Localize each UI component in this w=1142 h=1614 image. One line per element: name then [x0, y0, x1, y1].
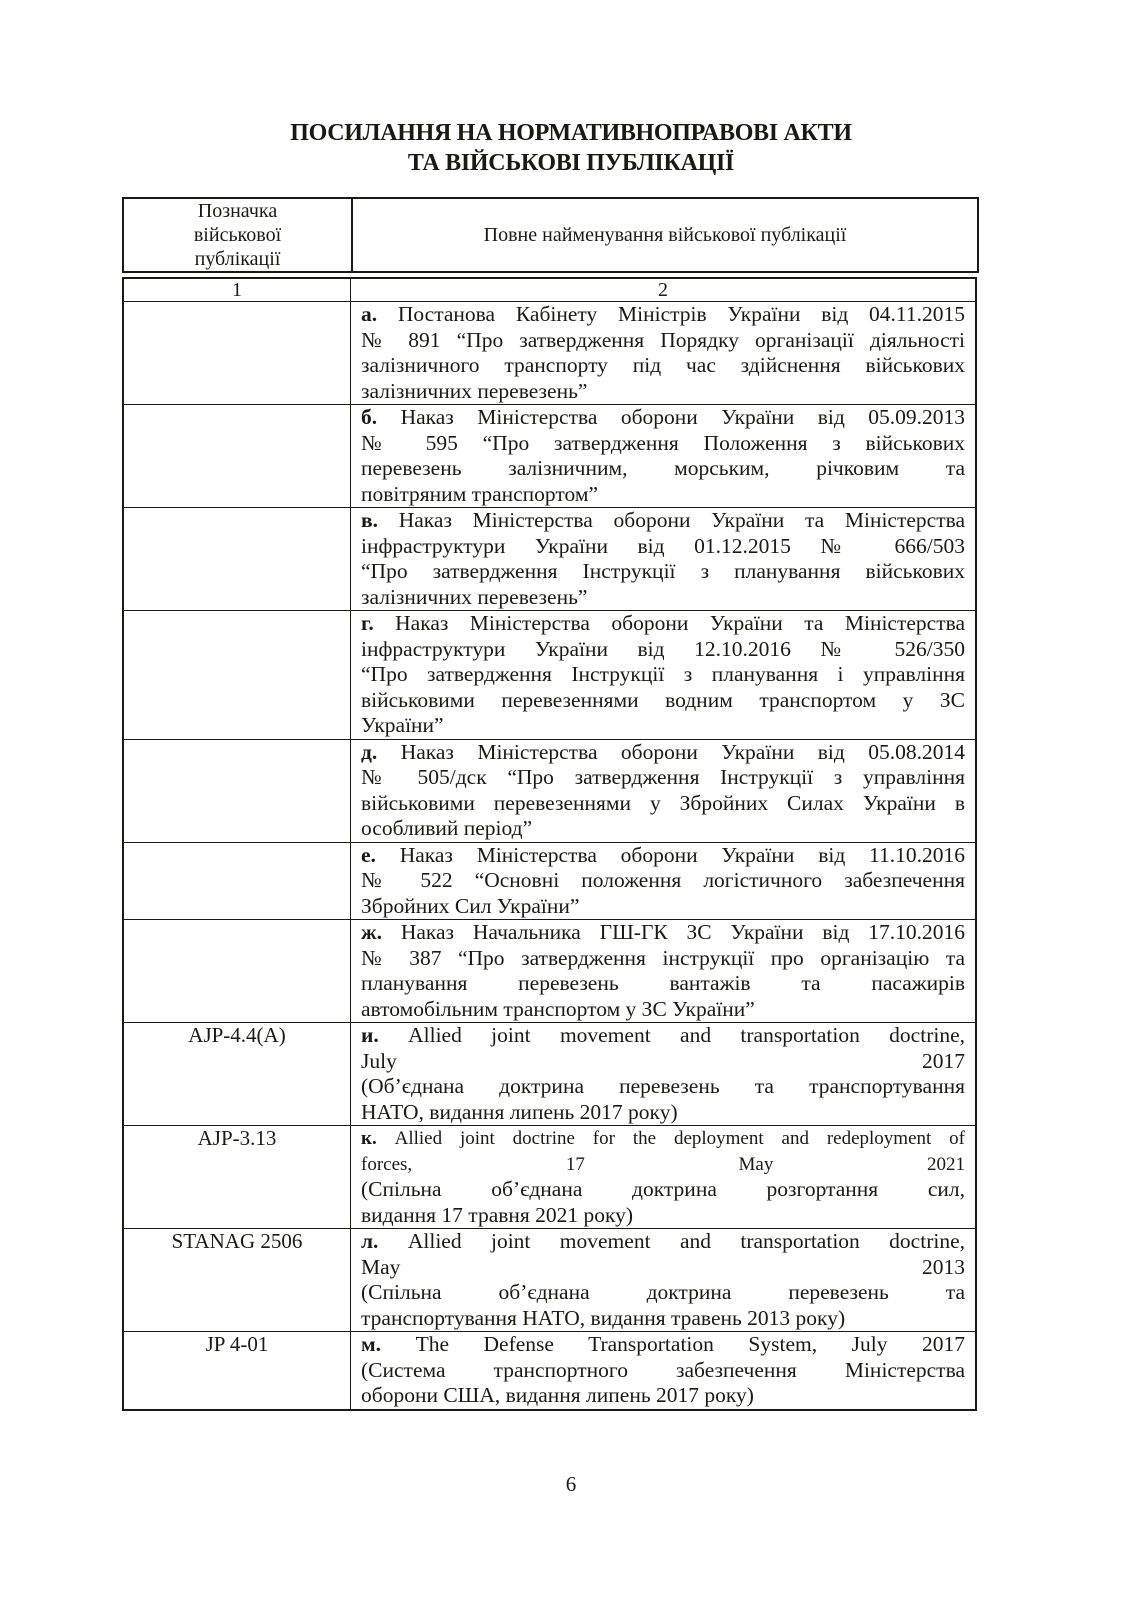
- item-letter: к.: [361, 1128, 377, 1149]
- column-number-row: 1 2: [123, 278, 976, 302]
- publication-full-name: д. Наказ Міністерства оборони України ві…: [351, 739, 977, 842]
- text-line: (Система транспортного забезпечення Міні…: [361, 1358, 965, 1384]
- table-row: STANAG 2506л. Allied joint movement and …: [123, 1229, 976, 1332]
- table-row: а. Постанова Кабінету Міністрів України …: [123, 302, 976, 405]
- text-line: залізничних перевезень”: [361, 585, 965, 611]
- publication-full-name: м. The Defense Transportation System, Ju…: [351, 1332, 977, 1410]
- title-line-2: ТА ВІЙСЬКОВІ ПУБЛІКАЦІЇ: [0, 148, 1142, 178]
- text-line: в. Наказ Міністерства оборони України та…: [361, 508, 965, 534]
- publication-designation: [123, 920, 351, 1023]
- header-full-name: Повне найменування військової публікації: [353, 199, 977, 271]
- publication-designation: [123, 302, 351, 405]
- text-line: військовими перевезеннями водним транспо…: [361, 688, 965, 714]
- publication-designation: [123, 611, 351, 740]
- publication-designation: [123, 508, 351, 611]
- item-letter: д.: [361, 740, 377, 764]
- table-header: Позначка військової публікації Повне най…: [122, 197, 979, 273]
- text-line: л. Allied joint movement and transportat…: [361, 1229, 965, 1255]
- text-line: видання 17 травня 2021 року): [361, 1203, 965, 1229]
- item-letter: г.: [361, 611, 374, 635]
- text-line: України”: [361, 713, 965, 739]
- text-line: перевезень залізничним, морським, річков…: [361, 456, 965, 482]
- text-line: № 505/дск “Про затвердження Інструкції з…: [361, 765, 965, 791]
- publication-full-name: е. Наказ Міністерства оборони України ві…: [351, 842, 977, 920]
- text-line: залізничних перевезень”: [361, 379, 965, 405]
- table-row: д. Наказ Міністерства оборони України ві…: [123, 739, 976, 842]
- table-row: г. Наказ Міністерства оборони України та…: [123, 611, 976, 740]
- publication-full-name: г. Наказ Міністерства оборони України та…: [351, 611, 977, 740]
- text-line: д. Наказ Міністерства оборони України ві…: [361, 740, 965, 766]
- text-line: и. Allied joint movement and transportat…: [361, 1023, 965, 1049]
- text-line: (Об’єднана доктрина перевезень та трансп…: [361, 1074, 965, 1100]
- text-line: (Спільна об’єднана доктрина розгортання …: [361, 1177, 965, 1203]
- text-line: № 522 “Основні положення логістичного за…: [361, 868, 965, 894]
- table-row: AJP-3.13к. Allied joint doctrine for the…: [123, 1126, 976, 1229]
- text-line: інфраструктури України від 01.12.2015 № …: [361, 534, 965, 560]
- text-line: військовими перевезеннями у Збройних Сил…: [361, 791, 965, 817]
- page-title: ПОСИЛАННЯ НА НОРМАТИВНОПРАВОВІ АКТИ ТА В…: [0, 118, 1142, 178]
- text-line: транспортування НАТО, видання травень 20…: [361, 1306, 965, 1332]
- publication-designation: AJP-3.13: [123, 1126, 351, 1229]
- item-letter: м.: [361, 1332, 381, 1356]
- text-line: г. Наказ Міністерства оборони України та…: [361, 611, 965, 637]
- publication-designation: [123, 739, 351, 842]
- table-row: в. Наказ Міністерства оборони України та…: [123, 508, 976, 611]
- publication-designation: [123, 405, 351, 508]
- publication-designation: AJP-4.4(A): [123, 1023, 351, 1126]
- text-line: планування перевезень вантажів та пасажи…: [361, 971, 965, 997]
- text-line: (Спільна об’єднана доктрина перевезень т…: [361, 1280, 965, 1306]
- publication-full-name: в. Наказ Міністерства оборони України та…: [351, 508, 977, 611]
- table-row: ж. Наказ Начальника ГШ-ГК ЗС України від…: [123, 920, 976, 1023]
- item-letter: б.: [361, 405, 377, 429]
- page-number: 6: [0, 1472, 1142, 1497]
- text-line: інфраструктури України від 12.10.2016 № …: [361, 637, 965, 663]
- text-line: автомобільним транспортом у ЗС України”: [361, 997, 965, 1023]
- column-number-1: 1: [123, 278, 351, 302]
- text-line: May 2013: [361, 1255, 965, 1281]
- item-letter: и.: [361, 1023, 379, 1047]
- text-line: № 891 “Про затвердження Порядку організа…: [361, 328, 965, 354]
- text-line: б. Наказ Міністерства оборони України ві…: [361, 405, 965, 431]
- publication-full-name: к. Allied joint doctrine for the deploym…: [351, 1126, 977, 1229]
- column-number-2: 2: [351, 278, 977, 302]
- table-row: AJP-4.4(A)и. Allied joint movement and t…: [123, 1023, 976, 1126]
- text-line: оборони США, видання липень 2017 року): [361, 1383, 965, 1409]
- text-line: е. Наказ Міністерства оборони України ві…: [361, 843, 965, 869]
- text-line: Збройних Сил України”: [361, 894, 965, 920]
- text-line: forces, 17 May 2021: [361, 1152, 965, 1178]
- header-designation: Позначка військової публікації: [124, 199, 353, 271]
- text-line: № 595 “Про затвердження Положення з війс…: [361, 431, 965, 457]
- text-line: ж. Наказ Начальника ГШ-ГК ЗС України від…: [361, 920, 965, 946]
- publication-designation: JP 4-01: [123, 1332, 351, 1410]
- text-line: залізничного транспорту під час здійснен…: [361, 353, 965, 379]
- text-line: а. Постанова Кабінету Міністрів України …: [361, 302, 965, 328]
- item-letter: ж.: [361, 920, 382, 944]
- table-row: б. Наказ Міністерства оборони України ві…: [123, 405, 976, 508]
- item-letter: е.: [361, 843, 376, 867]
- text-line: особливий період”: [361, 816, 965, 842]
- text-line: НАТО, видання липень 2017 року): [361, 1100, 965, 1126]
- table-row: е. Наказ Міністерства оборони України ві…: [123, 842, 976, 920]
- text-line: повітряним транспортом”: [361, 482, 965, 508]
- text-line: July 2017: [361, 1049, 965, 1075]
- publication-full-name: а. Постанова Кабінету Міністрів України …: [351, 302, 977, 405]
- publications-table: 1 2 а. Постанова Кабінету Міністрів Укра…: [122, 277, 977, 1411]
- text-line: “Про затвердження Інструкції з плануванн…: [361, 662, 965, 688]
- text-line: “Про затвердження Інструкції з плануванн…: [361, 559, 965, 585]
- text-line: № 387 “Про затвердження інструкції про о…: [361, 946, 965, 972]
- publication-designation: STANAG 2506: [123, 1229, 351, 1332]
- publication-designation: [123, 842, 351, 920]
- title-line-1: ПОСИЛАННЯ НА НОРМАТИВНОПРАВОВІ АКТИ: [0, 118, 1142, 148]
- text-line: м. The Defense Transportation System, Ju…: [361, 1332, 965, 1358]
- publication-full-name: и. Allied joint movement and transportat…: [351, 1023, 977, 1126]
- item-letter: в.: [361, 508, 378, 532]
- publication-full-name: ж. Наказ Начальника ГШ-ГК ЗС України від…: [351, 920, 977, 1023]
- publication-full-name: б. Наказ Міністерства оборони України ві…: [351, 405, 977, 508]
- text-line: к. Allied joint doctrine for the deploym…: [361, 1126, 965, 1152]
- publication-full-name: л. Allied joint movement and transportat…: [351, 1229, 977, 1332]
- table-row: JP 4-01м. The Defense Transportation Sys…: [123, 1332, 976, 1410]
- item-letter: л.: [361, 1229, 378, 1253]
- item-letter: а.: [361, 302, 377, 326]
